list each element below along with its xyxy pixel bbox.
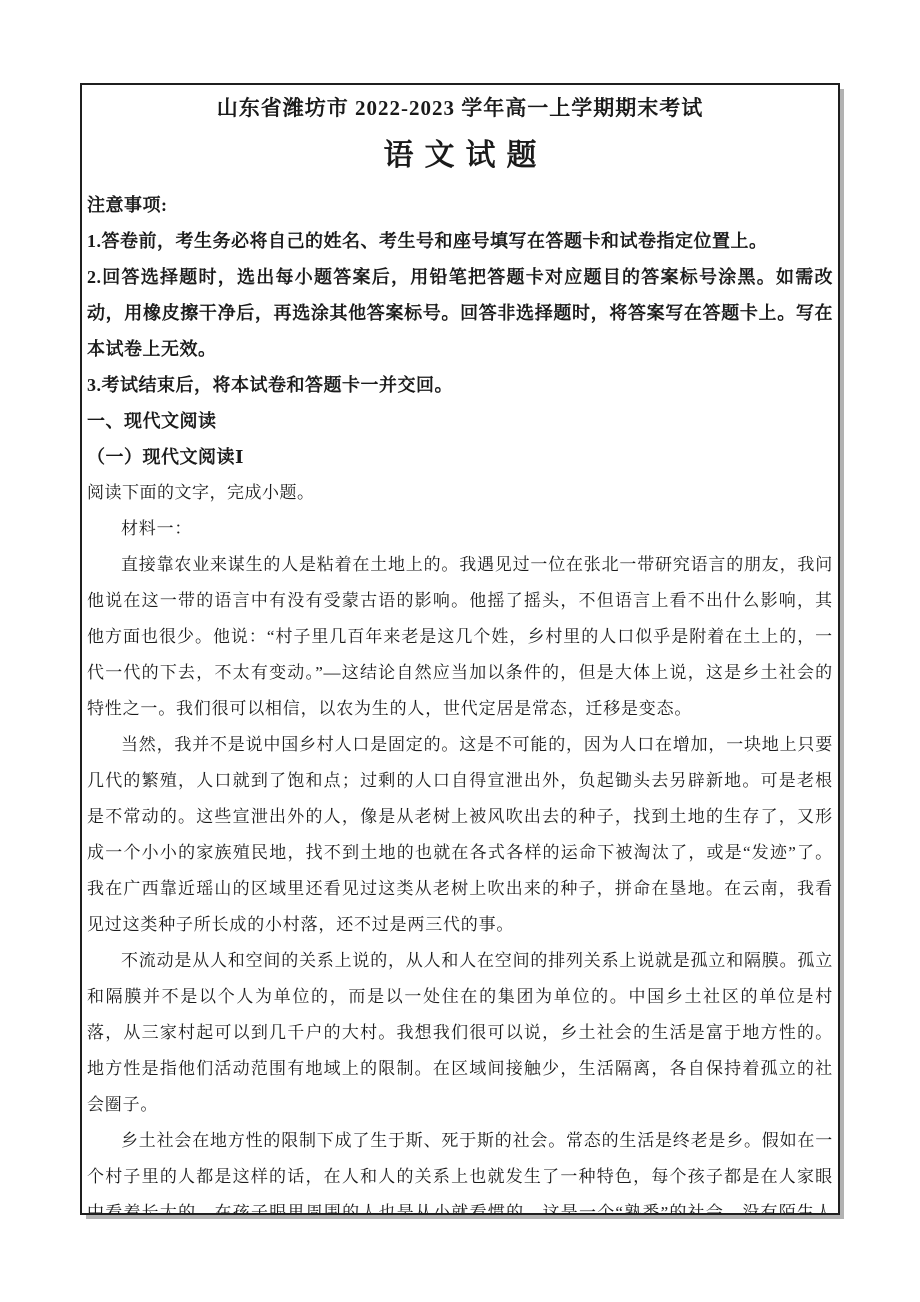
- section-heading-modern-reading: 一、现代文阅读: [87, 403, 833, 439]
- notice-item-1: 1.答卷前，考生务必将自己的姓名、考生号和座号填写在答题卡和试卷指定位置上。: [87, 223, 833, 259]
- material-paragraph-1: 直接靠农业来谋生的人是粘着在土地上的。我遇见过一位在张北一带研究语言的朋友，我问…: [87, 547, 833, 727]
- material-paragraph-2: 当然，我并不是说中国乡村人口是固定的。这是不可能的，因为人口在增加，一块地上只要…: [87, 727, 833, 943]
- exam-paper-sheet: 山东省潍坊市 2022-2023 学年高一上学期期末考试 语文试题 注意事项: …: [80, 83, 840, 1215]
- notice-block: 注意事项: 1.答卷前，考生务必将自己的姓名、考生号和座号填写在答题卡和试卷指定…: [87, 187, 833, 403]
- notice-item-2: 2.回答选择题时，选出每小题答案后，用铅笔把答题卡对应题目的答案标号涂黑。如需改…: [87, 259, 833, 367]
- notice-heading: 注意事项:: [87, 187, 833, 223]
- reading-section: 一、现代文阅读 （一）现代文阅读Ⅰ 阅读下面的文字，完成小题。 材料一： 直接靠…: [87, 403, 833, 1215]
- material-paragraph-3: 不流动是从人和空间的关系上说的，从人和人在空间的排列关系上说就是孤立和隔膜。孤立…: [87, 943, 833, 1123]
- material-label: 材料一：: [87, 511, 833, 547]
- exam-subtitle: 语文试题: [87, 135, 833, 177]
- reading-instruction: 阅读下面的文字，完成小题。: [87, 475, 833, 511]
- exam-title: 山东省潍坊市 2022-2023 学年高一上学期期末考试: [87, 93, 833, 123]
- subsection-heading-modern-reading-1: （一）现代文阅读Ⅰ: [87, 439, 833, 475]
- notice-item-3: 3.考试结束后，将本试卷和答题卡一并交回。: [87, 367, 833, 403]
- material-paragraph-4: 乡土社会在地方性的限制下成了生于斯、死于斯的社会。常态的生活是终老是乡。假如在一…: [87, 1123, 833, 1215]
